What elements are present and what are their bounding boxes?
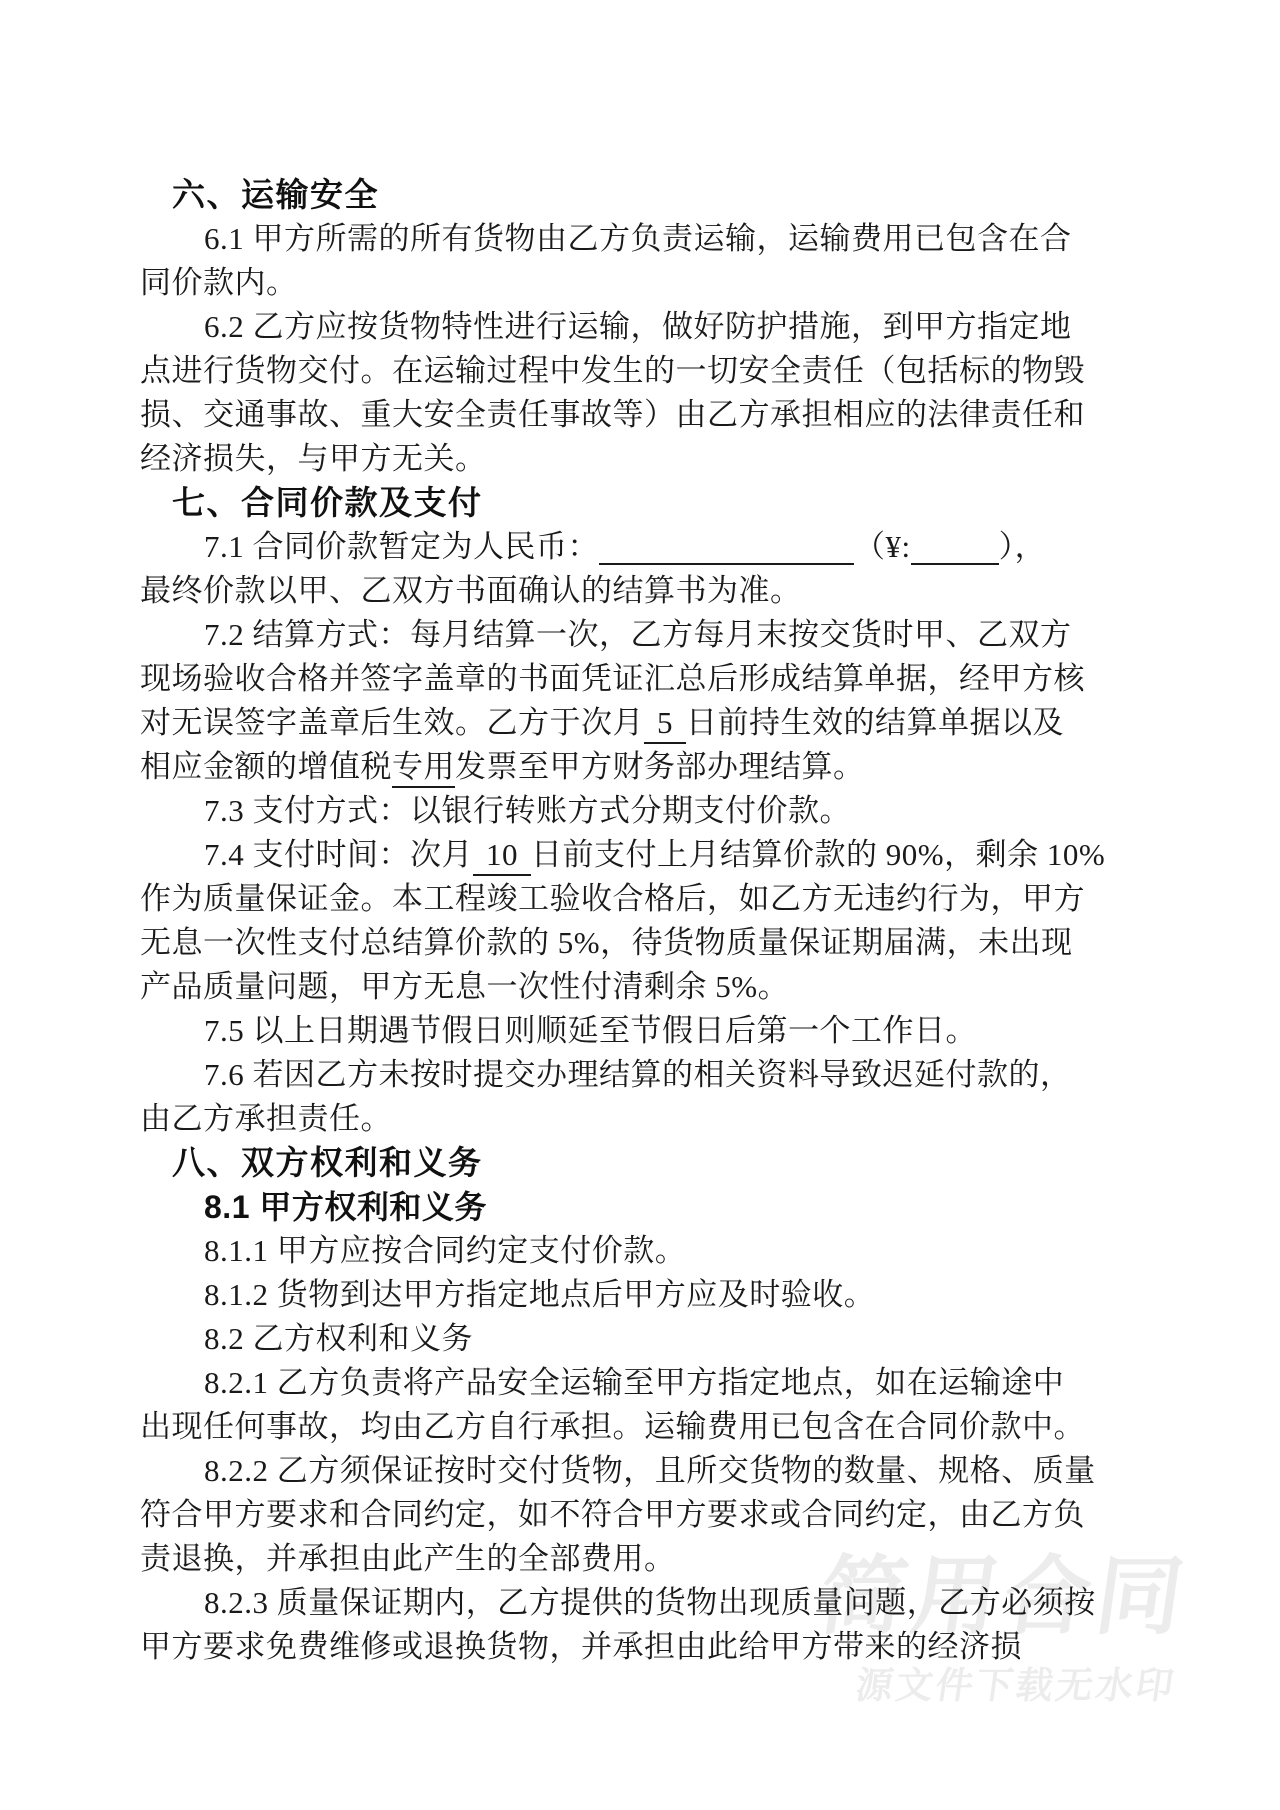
clause-6-1-line-2: 同价款内。 — [140, 261, 1145, 305]
contract-body: 六、运输安全 6.1 甲方所需的所有货物由乙方负责运输，运输费用已包含在合 同价… — [140, 173, 1145, 1669]
clause-7-2-text-pre: 对无误签字盖章后生效。乙方于次月 — [140, 705, 644, 740]
clause-7-6-line-2: 由乙方承担责任。 — [140, 1097, 1145, 1141]
clause-7-2-line-3: 对无误签字盖章后生效。乙方于次月5日前持生效的结算单据以及 — [140, 701, 1145, 745]
clause-7-2-text-post2: 发票至甲方财务部办理结算。 — [455, 749, 865, 784]
clause-7-4-line-4: 产品质量问题，甲方无息一次性付清剩余 5%。 — [140, 965, 1145, 1009]
clause-7-1-line-2: 最终价款以甲、乙双方书面确认的结算书为准。 — [140, 569, 1145, 613]
clause-7-6-line-1: 7.6 若因乙方未按时提交办理结算的相关资料导致迟延付款的， — [140, 1053, 1145, 1097]
clause-8-2-2-line-3: 责退换，并承担由此产生的全部费用。 — [140, 1537, 1145, 1581]
clause-8-2-heading: 8.2 乙方权利和义务 — [140, 1317, 1145, 1361]
clause-6-1-line-1: 6.1 甲方所需的所有货物由乙方负责运输，运输费用已包含在合 — [140, 217, 1145, 261]
clause-7-1-text-pre: 7.1 合同价款暂定为人民币： — [204, 529, 599, 564]
document-page: 简用合同 源文件下载无水印 六、运输安全 6.1 甲方所需的所有货物由乙方负责运… — [0, 0, 1280, 1810]
clause-6-2-line-1: 6.2 乙方应按货物特性进行运输，做好防护措施，到甲方指定地 — [140, 305, 1145, 349]
clause-7-5-line: 7.5 以上日期遇节假日则顺延至节假日后第一个工作日。 — [140, 1009, 1145, 1053]
clause-7-4-line-3: 无息一次性支付总结算价款的 5%，待货物质量保证期届满，未出现 — [140, 921, 1145, 965]
clause-8-2-3-line-1: 8.2.3 质量保证期内，乙方提供的货物出现质量问题，乙方必须按 — [140, 1581, 1145, 1625]
clause-7-4-text-pre: 7.4 支付时间：次月 — [204, 837, 473, 872]
section-6-heading: 六、运输安全 — [140, 173, 1145, 217]
clause-8-2-1-line-2: 出现任何事故，均由乙方自行承担。运输费用已包含在合同价款中。 — [140, 1405, 1145, 1449]
fill-in-blank-amount-words — [599, 533, 854, 565]
clause-7-1-text-mid: （¥: — [854, 529, 911, 564]
fill-in-day-5: 5 — [644, 704, 686, 744]
clause-7-2-line-2: 现场验收合格并签字盖章的书面凭证汇总后形成结算单据，经甲方核 — [140, 657, 1145, 701]
clause-6-2-line-4: 经济损失，与甲方无关。 — [140, 437, 1145, 481]
clause-7-4-line-1: 7.4 支付时间：次月10日前支付上月结算价款的 90%，剩余 10% — [140, 833, 1145, 877]
clause-8-1-1-line: 8.1.1 甲方应按合同约定支付价款。 — [140, 1229, 1145, 1273]
clause-8-2-2-line-1: 8.2.2 乙方须保证按时交付货物，且所交货物的数量、规格、质量 — [140, 1449, 1145, 1493]
clause-6-2-line-3: 损、交通事故、重大安全责任事故等）由乙方承担相应的法律责任和 — [140, 393, 1145, 437]
fill-in-blank-amount-numeric — [911, 533, 999, 565]
section-8-heading: 八、双方权利和义务 — [140, 1141, 1145, 1185]
section-7-heading: 七、合同价款及支付 — [140, 481, 1145, 525]
clause-7-1-line-1: 7.1 合同价款暂定为人民币：（¥:）， — [140, 525, 1145, 569]
clause-7-2-text-pre2: 相应金额的增值税 — [140, 749, 392, 784]
underlined-word-special: 专用 — [392, 748, 455, 788]
clause-7-2-line-1: 7.2 结算方式：每月结算一次，乙方每月末按交货时甲、乙双方 — [140, 613, 1145, 657]
clause-7-1-text-end: ）， — [999, 529, 1047, 564]
watermark-tagline-text: 源文件下载无水印 — [805, 1666, 1179, 1706]
clause-8-2-1-line-1: 8.2.1 乙方负责将产品安全运输至甲方指定地点，如在运输途中 — [140, 1361, 1145, 1405]
clause-7-2-line-4: 相应金额的增值税专用发票至甲方财务部办理结算。 — [140, 745, 1145, 789]
clause-8-1-2-line: 8.1.2 货物到达甲方指定地点后甲方应及时验收。 — [140, 1273, 1145, 1317]
clause-8-2-3-line-2: 甲方要求免费维修或退换货物，并承担由此给甲方带来的经济损 — [140, 1625, 1145, 1669]
clause-6-2-line-2: 点进行货物交付。在运输过程中发生的一切安全责任（包括标的物毁 — [140, 349, 1145, 393]
clause-7-2-text-post: 日前持生效的结算单据以及 — [686, 705, 1064, 740]
clause-7-3-line: 7.3 支付方式：以银行转账方式分期支付价款。 — [140, 789, 1145, 833]
clause-7-4-line-2: 作为质量保证金。本工程竣工验收合格后，如乙方无违约行为，甲方 — [140, 877, 1145, 921]
clause-8-2-2-line-2: 符合甲方要求和合同约定，如不符合甲方要求或合同约定，由乙方负 — [140, 1493, 1145, 1537]
fill-in-day-10: 10 — [473, 836, 531, 876]
clause-8-1-heading: 8.1 甲方权利和义务 — [140, 1185, 1145, 1229]
clause-7-4-text-post: 日前支付上月结算价款的 90%，剩余 10% — [531, 837, 1105, 872]
